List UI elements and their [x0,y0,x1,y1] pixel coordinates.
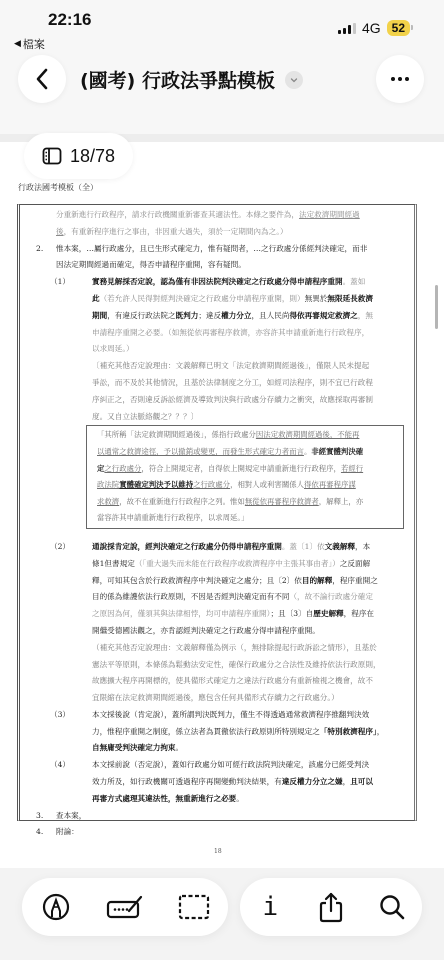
text-line: 條1但書規定（「重大過失而未能在行政程序或救濟程序中主張其事由者」）之反面解 [30,556,408,573]
network-type: 4G [362,20,381,36]
text-line: 序糾正之，否則違反訴訟經濟及導致判決與行政處分存續力之衝突，故應採取再審制 [30,392,408,409]
document-title: (國考) 行政法爭點模板 [80,66,275,93]
back-button[interactable] [18,55,66,103]
text-line: 分重新進行行政程序，請求行政機關重新審查其適法性。本條之要件為，法定救濟期間經過 [30,207,408,224]
share-button[interactable] [309,885,353,929]
info-button[interactable]: i [248,885,292,929]
search-icon [378,893,406,921]
text-line: 自無庸受判決確定力拘束。 [30,740,408,757]
info-icon: i [263,892,279,922]
signature-icon [106,892,144,922]
ellipsis-dot [391,77,395,81]
text-line: 因法定期間經過而確定，得否申請程序重開，容有疑問。 [30,257,408,274]
text-line: 以求周延。） [30,341,408,358]
text-line: 之原因為何，僅須其與法律相悖，均可申請程序重開）；且〔3〕自歷史解釋，程序在 [30,606,408,623]
text-line: 效力所及，如行政機關可透過程序再開變動判決結果，有違反權力分立之嫌，且可以 [30,774,408,791]
text-line: 〔補充其他否定說理由：文義解釋已明文「法定救濟期間經過後」，僅限人民未提起 [30,358,408,375]
sub-item-4: （4）本文採前說（否定說），蓋如行政處分如可經行政法院判決確定，該處分已經受判決 [30,757,408,774]
spacer [30,529,408,539]
markup-tool-group [22,878,228,936]
vertical-scrollbar[interactable] [435,285,438,329]
chevron-down-icon [285,71,303,89]
text-line: 宜限縮在法定救濟期間經過後，應包含任何具備形式存續力之行政處分。） [30,690,408,707]
text-line: 度。又自立法脈絡觀之？？？〕 [30,409,408,426]
text-line: 憲法平等原則，本條係為鬆動法安定性，確保行政處分之合法性及維持依法行政原則， [30,657,408,674]
document-title-button[interactable]: (國考) 行政法爭點模板 [80,66,303,93]
sidebar-thumbnails-icon [42,147,62,165]
text-line: 開繼受德國法觀之，亦肯認經判決確定之行政處分得申請程序重開。 [30,623,408,640]
text-line: 爭訟，而不及於其他情況，且基於法律制度之分工，如經司法程序，則不宜已行政程 [30,375,408,392]
page-count: 18/78 [70,146,115,167]
ellipsis-dot [398,77,402,81]
search-button[interactable] [370,885,414,929]
sub-item-2: （2）通說採肯定說，經判決確定之行政處分仍得申請程序重開。蓋〔1〕依文義解釋，本 [30,539,408,556]
more-options-button[interactable] [376,55,424,103]
markup-pen-icon [41,892,71,922]
text-line: 釋，可知其包含於行政救濟程序中判決確定之處分；且〔2〕依目的解釋，程序重開之 [30,573,408,590]
page-indicator-button[interactable]: 18/78 [24,133,133,179]
text-line: 力，惟程序重開之制度，係立法者為貫徹依法行政原則所特別規定之「特別救濟程序」， [30,724,408,741]
text-line: （補充其他否定說理由：文義解釋僅為例示（，無排除提起行政訴訟之情形），且基於 [30,640,408,657]
document-tool-group: i [240,878,422,936]
selection-rect-icon [178,893,210,921]
text-line: 此（若允許人民得對經判決確定之行政處分申請程序重開，則）無異於無限延長救濟 [30,291,408,308]
share-icon [318,891,344,923]
page-number: 18 [214,848,222,855]
status-time: 22:16 [48,10,91,30]
text-line: 再審方式處理其違法性，無重新進行之必要。 [30,791,408,808]
text-line: 期間，有違反行政法院之既判力；違反權力分立，且人民尚得依再審規定救濟之，無 [30,308,408,325]
list-item-3: 3.查本案， [30,808,408,825]
quoted-judgment-box: 「其所稱「法定救濟期間經過後」，係指行政處分因法定救濟期間經過後，不能再 以通常… [86,425,404,529]
document-page[interactable]: 行政法國考模板（全） 分重新進行行政程序，請求行政機關重新審查其適法性。本條之要… [0,142,444,882]
markup-button[interactable] [34,885,78,929]
cellular-signal-icon [338,23,356,34]
document-body: 分重新進行行政程序，請求行政機關重新審查其適法性。本條之要件為，法定救濟期間經過… [20,205,414,841]
battery-indicator: 52 [387,20,410,36]
ellipsis-dot [405,77,409,81]
back-to-app-link[interactable]: ◀ 檔案 [14,36,45,52]
back-triangle-icon: ◀ [14,39,21,49]
list-item-2: 2.惟本案，…屬行政處分，且已生形式確定力，惟有疑問者，…之行政處分係經判決確定… [30,241,408,258]
text-line: 故應擴大程序再開標的，使具備形式確定力之違法行政處分有重新檢視之機會，故不 [30,673,408,690]
signature-button[interactable] [103,885,147,929]
sub-item-1: （1）實務見解採否定說，認為僅有非因法院判決確定之行政處分得申請程序重開。蓋如 [30,274,408,291]
text-line: 目的係為維護依法行政原則，不因是否經判決確定而有不同（，故不論行政處分確定 [30,589,408,606]
back-app-label: 檔案 [23,36,45,52]
running-header: 行政法國考模板（全） [18,182,98,193]
text-line: 申請程序重開之必要。（如無從依再審程序救濟，亦容許其申請重新進行行政程序， [30,325,408,342]
list-item-4: 4.附論： [30,824,408,841]
content-frame: 分重新進行行政程序，請求行政機關重新審查其適法性。本條之要件為，法定救濟期間經過… [17,204,417,821]
status-indicators: 4G 52 [338,20,410,36]
selection-button[interactable] [172,885,216,929]
text-line: 後，有重新程序進行之事由，非因重大過失，須於一定期間內為之。） [30,224,408,241]
chevron-left-icon [34,67,50,91]
sub-item-3: （3）本文採後說（肯定說），蓋所謂判決既判力，僅生不得透過通常救濟程序推翻判決效 [30,707,408,724]
